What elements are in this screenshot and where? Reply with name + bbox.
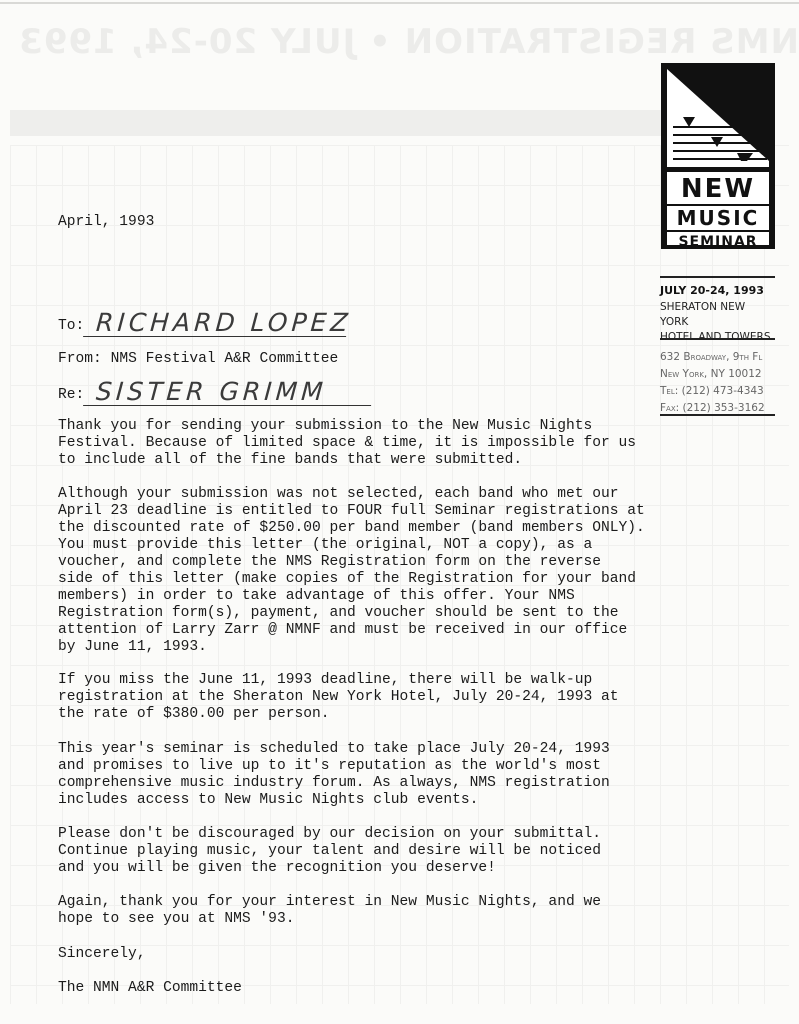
re-label: Re: bbox=[58, 387, 84, 403]
from-label: From: bbox=[58, 351, 102, 367]
to-field: To:RICHARD LOPEZ bbox=[58, 310, 347, 337]
signature: The NMN A&R Committee bbox=[58, 980, 738, 997]
paper-top-edge bbox=[0, 2, 799, 4]
staff-triangle-logo-icon bbox=[667, 69, 769, 167]
sidebar-divider bbox=[660, 338, 775, 340]
sidebar-divider bbox=[660, 276, 775, 278]
logo-word-seminar: SEMINAR bbox=[667, 232, 769, 249]
venue-line-1: SHERATON NEW YORK bbox=[660, 300, 775, 330]
to-label: To: bbox=[58, 318, 84, 334]
contact-info: 632 Broadway, 9th Fl New York, NY 10012 … bbox=[660, 349, 775, 417]
letter-date-block: April, 1993 bbox=[58, 214, 718, 231]
phone-number: Tel: (212) 473-4343 bbox=[660, 383, 775, 400]
paragraph-closing-thanks: Again, thank you for your interest in Ne… bbox=[58, 894, 738, 928]
paragraph-walkup: If you miss the June 11, 1993 deadline, … bbox=[58, 672, 738, 723]
address-line-1: 632 Broadway, 9th Fl bbox=[660, 349, 775, 366]
paragraph-seminar: This year's seminar is scheduled to take… bbox=[58, 741, 738, 809]
logo-word-new: NEW bbox=[667, 172, 769, 206]
bleed-through-band bbox=[10, 110, 759, 136]
from-value: NMS Festival A&R Committee bbox=[111, 351, 339, 367]
closing: Sincerely, bbox=[58, 946, 738, 963]
re-field: Re:SISTER GRIMM bbox=[58, 379, 372, 406]
address-line-2: New York, NY 10012 bbox=[660, 366, 775, 383]
re-handwritten-value: SISTER GRIMM bbox=[83, 379, 373, 406]
letter-date: April, 1993 bbox=[58, 214, 718, 231]
sidebar-divider bbox=[660, 414, 775, 416]
paragraph-thanks: Thank you for sending your submission to… bbox=[58, 418, 738, 469]
paragraph-offer: Although your submission was not selecte… bbox=[58, 486, 738, 656]
from-field: From: NMS Festival A&R Committee bbox=[58, 351, 338, 367]
bleed-through-title: NMS REGISTRATION • JULY 20-24, 1993 bbox=[18, 22, 799, 62]
paragraph-encouragement: Please don't be discouraged by our decis… bbox=[58, 826, 738, 877]
to-handwritten-value: RICHARD LOPEZ bbox=[83, 310, 348, 337]
event-dates: JULY 20-24, 1993 bbox=[660, 284, 775, 297]
